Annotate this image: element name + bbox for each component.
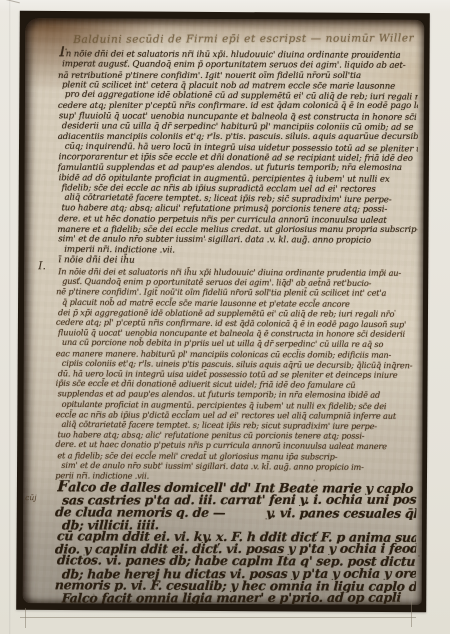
- text-line: nā retributionē p'tinere confidim'. Igit…: [58, 71, 418, 81]
- text-line: dictos. vi. panes db; habe caplm Ita q' …: [57, 555, 417, 569]
- charter-text-block-1: In nōie dñi dei et saluatoris nr̄i ihū x…: [58, 46, 418, 257]
- text-line: db; habe herej hu dictas vi. posas y p't…: [61, 567, 416, 580]
- margin-note: cūj: [25, 493, 36, 502]
- text-line: cedere atq; pleniter p'ceptū nr̄is confi…: [58, 102, 418, 112]
- photo-mount: Balduini secūdi de Firmi ep̄i et escrips…: [0, 0, 450, 634]
- text-line: sas castries p'ta ad. iii. carrat' feni …: [62, 494, 417, 507]
- parchment: Balduini secūdi de Firmi ep̄i et escrips…: [23, 18, 425, 605]
- text-line: famulantiū supplendas et ad paup'es alen…: [58, 163, 418, 173]
- text-line: de cluda nemoris q. de — y. vi. panes ce…: [55, 506, 417, 520]
- text-line: manere et a fidelib; sc̄e dei eccl̄e mel…: [57, 225, 417, 235]
- text-column: In nōie dñi dei et saluatoris nr̄i ihū x…: [57, 46, 419, 605]
- manuscript-photo: Balduini secūdi de Firmi ep̄i et escrips…: [16, 11, 430, 612]
- text-line: q̄ placuit nob̄ ad matrē eccl̄e sc̄e mar…: [62, 296, 417, 309]
- rubric-text: Balduini secūdi de Firmi ep̄i et escrips…: [73, 32, 414, 46]
- text-line: Falco facit omnia ligia maner' e p'prio.…: [61, 592, 416, 605]
- cursive-addendum-block: Falco de dalles domicell' dd' Int Beate …: [57, 480, 417, 604]
- crop-mark-horizontal: [20, 617, 416, 618]
- text-line: imperat̄ augusť. Quandoq̄ enim p̄ oportu…: [62, 60, 418, 72]
- text-line: sim' et de anulo nr̄o subt' iussim' sigi…: [61, 460, 416, 473]
- crop-mark-right: [411, 601, 412, 627]
- crop-mark-left: [25, 608, 26, 628]
- text-line: opitulante proficiat in augmentū. percip…: [62, 398, 417, 411]
- text-line: cipiis coloniis et'q; r'ls. uineis p'tis…: [62, 358, 417, 371]
- mount-crease: [9, 0, 11, 634]
- rubric-header: Balduini secūdi de Firmi ep̄i et escrips…: [73, 30, 414, 45]
- margin-initial: I.: [38, 259, 46, 272]
- charter-text-block-2: In nōie dñi dei et saluatoris nr̄i ih̄u …: [57, 266, 417, 482]
